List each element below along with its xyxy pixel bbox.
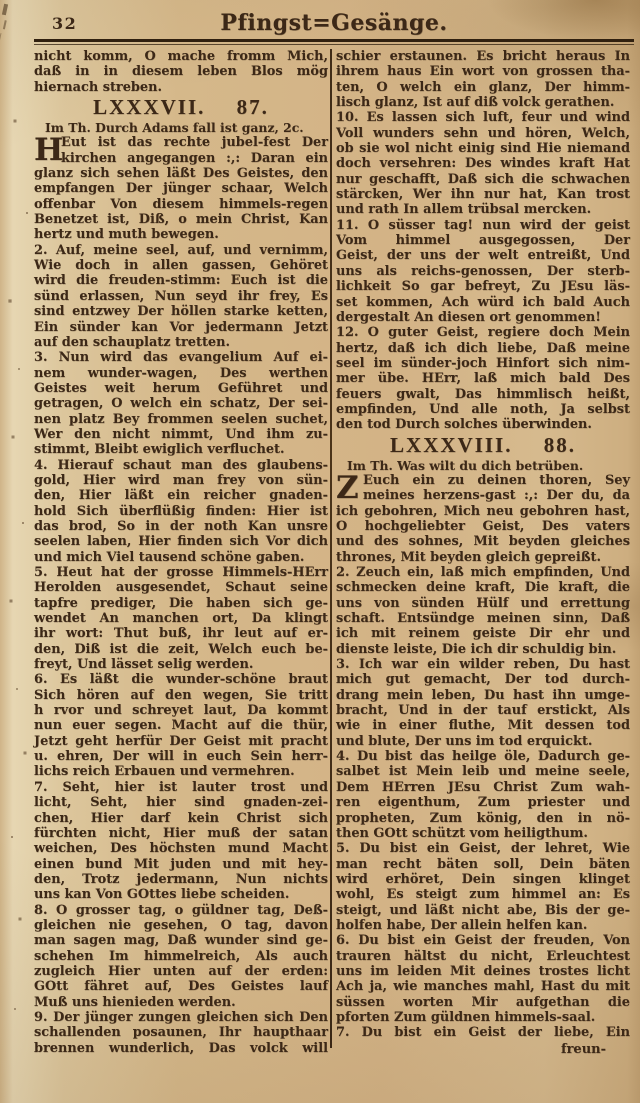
text-line: schehen Im himmelreich, Als auch [34, 949, 328, 964]
text-line: wendet An manchen ort, Da klingt [34, 611, 328, 626]
text-line: Geist, der uns der welt entreißt, Und [336, 248, 630, 263]
text-line: Ein sünder kan Vor jedermann Jetzt [34, 320, 328, 335]
text-line: trauren hältst du nicht, Erleuchtest [336, 949, 630, 964]
ink-specks [0, 0, 2, 2]
text-line: meines herzens-gast :,: Der du, da [336, 488, 630, 503]
text-line: 10. Es lassen sich luft, feur und wind [336, 110, 630, 125]
text-line: gleichen nie gesehen, O tag, davon [34, 918, 328, 933]
text-line: hiernach streben. [34, 80, 328, 95]
text-line: Benetzet ist, Diß, o mein Christ, Kan [34, 212, 328, 227]
text-line: uns von sünden Hülf und errettung [336, 596, 630, 611]
text-line: hertz und muth bewegen. [34, 227, 328, 242]
page-title: Pfingst=Gesänge. [34, 10, 634, 36]
text-columns: nicht komm, O mache fromm Mich,daß in in… [34, 49, 634, 1058]
text-line: wohl, Es steigt zum himmel an: Es [336, 887, 630, 902]
text-line: lichkeit So gar befreyt, Zu JEsu läs- [336, 279, 630, 294]
text-line: brennen wunderlich, Das volck will [34, 1041, 328, 1056]
text-line: ZEuch ein zu deinen thoren, Sey [336, 473, 630, 488]
text-line: seelen laben, Hier finden sich Vor dich [34, 534, 328, 549]
text-line: 4. Hierauf schaut man des glaubens- [34, 458, 328, 473]
text-line: drang mein leben, Du hast ihn umge- [336, 688, 630, 703]
text-line: u. ehren, Der will in euch Sein herr- [34, 749, 328, 764]
drop-cap: Z [336, 474, 359, 503]
text-line: weichen, Des höchsten mund Macht [34, 841, 328, 856]
text-line: Voll wunders sehn und hören, Welch, [336, 126, 630, 141]
text-line: lichs reich Erbauen und vermehren. [34, 764, 328, 779]
text-line: O hochgeliebter Geist, Des vaters [336, 519, 630, 534]
header-rule [34, 39, 634, 45]
text-line: licht, Seht, hier sind gnaden-zei- [34, 795, 328, 810]
text-line: feuers gwalt, Das himmlisch heißt, [336, 387, 630, 402]
scanned-book-page: 32 Pfingst=Gesänge. nicht komm, O mache … [0, 0, 640, 1103]
text-line: salbet ist Mein leib und meine seele, [336, 764, 630, 779]
text-line: den, Trotz jedermann, Nun nichts [34, 872, 328, 887]
text-line: Sich hören auf den wegen, Sie tritt [34, 688, 328, 703]
text-line: fürchten nicht, Hier muß der satan [34, 826, 328, 841]
text-line: 7. Du bist ein Geist der liebe, Ein [336, 1025, 630, 1040]
text-line: man recht bäten soll, Dein bäten [336, 857, 630, 872]
text-line: 3. Nun wird das evangelium Auf ei- [34, 350, 328, 365]
text-line: ich mit reinem geiste Dir ehr und [336, 626, 630, 641]
text-line: propheten, Zum könig, den in nö- [336, 811, 630, 826]
text-line: ren eigenthum, Zum priester und [336, 795, 630, 810]
text-line: ten, O welch ein glanz, Der himm- [336, 80, 630, 95]
text-line: 2. Auf, meine seel, auf, und vernimm, [34, 243, 328, 258]
column-divider [330, 49, 332, 1048]
hymn-heading: LXXXVIII. 88. [336, 433, 630, 458]
text-line: Herolden ausgesendet, Schaut seine [34, 580, 328, 595]
text-line: 2. Zeuch ein, laß mich empfinden, Und [336, 565, 630, 580]
text-line: man sagen mag, Daß wunder sind ge- [34, 933, 328, 948]
text-line: wird erhöret, Dein singen klinget [336, 872, 630, 887]
text-line: schallenden posaunen, Ihr haupthaar [34, 1025, 328, 1040]
text-line: schier erstaunen. Es bricht heraus In [336, 49, 630, 64]
text-line: mer übe. HErr, laß mich bald Des [336, 371, 630, 386]
text-line: wie in einer fluthe, Mit dessen tod [336, 718, 630, 733]
text-line: GOtt fähret auf, Des Geistes lauf [34, 979, 328, 994]
text-line: kirchen angegangen :,: Daran ein [34, 151, 328, 166]
text-line: thrones, Mit beyden gleich gepreißt. [336, 550, 630, 565]
right-column: schier erstaunen. Es bricht heraus Inihr… [336, 49, 630, 1058]
text-line: 7. Seht, hier ist lauter trost und [34, 780, 328, 795]
text-line: den, Hier läßt ein reicher gnaden- [34, 488, 328, 503]
text-line: stimmt, Bleibt ewiglich verfluchet. [34, 442, 328, 457]
text-line: Wer den nicht nimmt, Und ihm zu- [34, 427, 328, 442]
text-line: das brod, So in der noth Kan unsre [34, 519, 328, 534]
text-line: einen bund Mit juden und mit hey- [34, 857, 328, 872]
text-line: 9. Der jünger zungen gleichen sich Den [34, 1010, 328, 1025]
text-line: daß in in diesem leben Blos mög [34, 64, 328, 79]
text-line: steigt, und läßt nicht abe, Bis der ge- [336, 903, 630, 918]
text-line: nur geschafft, Daß sich die schwachen [336, 172, 630, 187]
text-line: doch versehren: Des windes kraft Hat [336, 156, 630, 171]
text-line: den, Diß ist die zeit, Welch euch be- [34, 642, 328, 657]
text-line: ob sie wol nicht einig sind Hie niemand [336, 141, 630, 156]
text-line: Jetzt geht herfür Der Geist mit pracht [34, 734, 328, 749]
text-line: nen platz Bey frommen seelen suchet, [34, 412, 328, 427]
text-line: auf den schauplatz tretten. [34, 335, 328, 350]
tune-line: Im Th. Was wilt du dich betrüben. [336, 458, 630, 473]
text-line: nun euer segen. Macht auf die thür, [34, 718, 328, 733]
text-line: Vom himmel ausgegossen, Der [336, 233, 630, 248]
text-line: Wie doch in allen gassen, Gehöret [34, 258, 328, 273]
text-line: 6. Es läßt die wunder-schöne braut [34, 672, 328, 687]
text-line: uns als reichs-genossen, Der sterb- [336, 264, 630, 279]
text-line: 5. Heut hat der grosse Himmels-HErr [34, 565, 328, 580]
ink-smudge [2, 4, 8, 16]
text-line: Geistes weit herum Geführet und [34, 381, 328, 396]
text-line: dergestalt An diesen ort genommen! [336, 310, 630, 325]
page-content: 32 Pfingst=Gesänge. nicht komm, O mache … [34, 8, 634, 1058]
text-line: zugleich Hier unten auf der erden: [34, 964, 328, 979]
text-line: dienste leiste, Die ich dir schuldig bin… [336, 642, 630, 657]
text-line: hertz, daß ich dich liebe, Daß meine [336, 341, 630, 356]
text-line: then GOtt schützt vom heiligthum. [336, 826, 630, 841]
text-line: mich gut gemacht, Der tod durch- [336, 672, 630, 687]
text-line: nem wunder-wagen, Des werthen [34, 366, 328, 381]
text-line: uns kan Von GOttes liebe scheiden. [34, 887, 328, 902]
text-line: h rvor und schreyet laut, Da kommt [34, 703, 328, 718]
text-line: und mich Viel tausend schöne gaben. [34, 550, 328, 565]
text-line: und rath In allem trübsal mercken. [336, 202, 630, 217]
drop-cap: H [34, 136, 63, 165]
text-line: empfinden, Und alle noth, Ja selbst [336, 402, 630, 417]
text-line: süssen worten Mir aufgethan die [336, 995, 630, 1010]
text-line: schaft. Entsündge meinen sinn, Daß [336, 611, 630, 626]
text-line: 5. Du bist ein Geist, der lehret, Wie [336, 841, 630, 856]
text-line: wird die freuden-stimm: Euch ist die [34, 273, 328, 288]
left-column: nicht komm, O mache fromm Mich,daß in in… [34, 49, 328, 1058]
text-line: gold, Hier wird man frey von sün- [34, 473, 328, 488]
text-line: freyt, Und lässet selig werden. [34, 657, 328, 672]
text-line: chen, Hier darf kein Christ sich [34, 811, 328, 826]
tune-line: Im Th. Durch Adams fall ist ganz, 2c. [34, 120, 328, 135]
text-line: offenbar Von diesem himmels-regen [34, 197, 328, 212]
hymn-heading: LXXXVII. 87. [34, 95, 328, 120]
text-line: glanz sich sehen läßt Des Geistes, den [34, 166, 328, 181]
text-line: getragen, O welch ein schatz, Der sei- [34, 396, 328, 411]
text-line: uns im leiden Mit deines trostes licht [336, 964, 630, 979]
text-line: Ach ja, wie manches mahl, Hast du mit [336, 979, 630, 994]
text-line: Muß uns hienieden werden. [34, 995, 328, 1010]
text-line: sind entzwey Der höllen starke ketten, [34, 304, 328, 319]
text-line: lisch glanz, Ist auf diß volck gerathen. [336, 95, 630, 110]
text-line: und des sohnes, Mit beyden gleiches [336, 534, 630, 549]
text-line: HEut ist das rechte jubel-fest Der [34, 135, 328, 150]
text-line: holfen habe, Der allein helfen kan. [336, 918, 630, 933]
text-line: Dem HErren JEsu Christ Zum wah- [336, 780, 630, 795]
text-line: 8. O grosser tag, o güldner tag, Deß- [34, 903, 328, 918]
text-line: den tod Durch solches überwinden. [336, 417, 630, 432]
text-line: set kommen, Ach würd ich bald Auch [336, 295, 630, 310]
catchword: freun- [336, 1041, 630, 1058]
text-line: ihrem haus Ein wort von grossen tha- [336, 64, 630, 79]
text-line: sünd erlassen, Nun seyd ihr frey, Es [34, 289, 328, 304]
text-line: schmecken deine kraft, Die kraft, die [336, 580, 630, 595]
text-line: seel im sünder-joch Hinfort sich nim- [336, 356, 630, 371]
text-line: empfangen Der jünger schaar, Welch [34, 181, 328, 196]
text-line: 6. Du bist ein Geist der freuden, Von [336, 933, 630, 948]
text-line: tapfre prediger, Die haben sich ge- [34, 596, 328, 611]
text-line: pforten Zum güldnen himmels-saal. [336, 1010, 630, 1025]
text-line: 11. O süsser tag! nun wird der geist [336, 218, 630, 233]
text-line: 12. O guter Geist, regiere doch Mein [336, 325, 630, 340]
text-line: nicht komm, O mache fromm Mich, [34, 49, 328, 64]
text-line: ich gebohren, Mich neu gebohren hast, [336, 504, 630, 519]
text-line: bracht, Und in der tauf erstickt, Als [336, 703, 630, 718]
text-line: hold Sich überflüßig finden: Hier ist [34, 504, 328, 519]
text-line: ihr wort: Thut buß, ihr leut auf er- [34, 626, 328, 641]
text-line: und blute, Der uns im tod erquickt. [336, 734, 630, 749]
text-line: 4. Du bist das heilge öle, Dadurch ge- [336, 749, 630, 764]
text-line: 3. Ich war ein wilder reben, Du hast [336, 657, 630, 672]
page-header: 32 Pfingst=Gesänge. [34, 8, 634, 38]
text-line: stärcken, Wer ihn nur hat, Kan trost [336, 187, 630, 202]
